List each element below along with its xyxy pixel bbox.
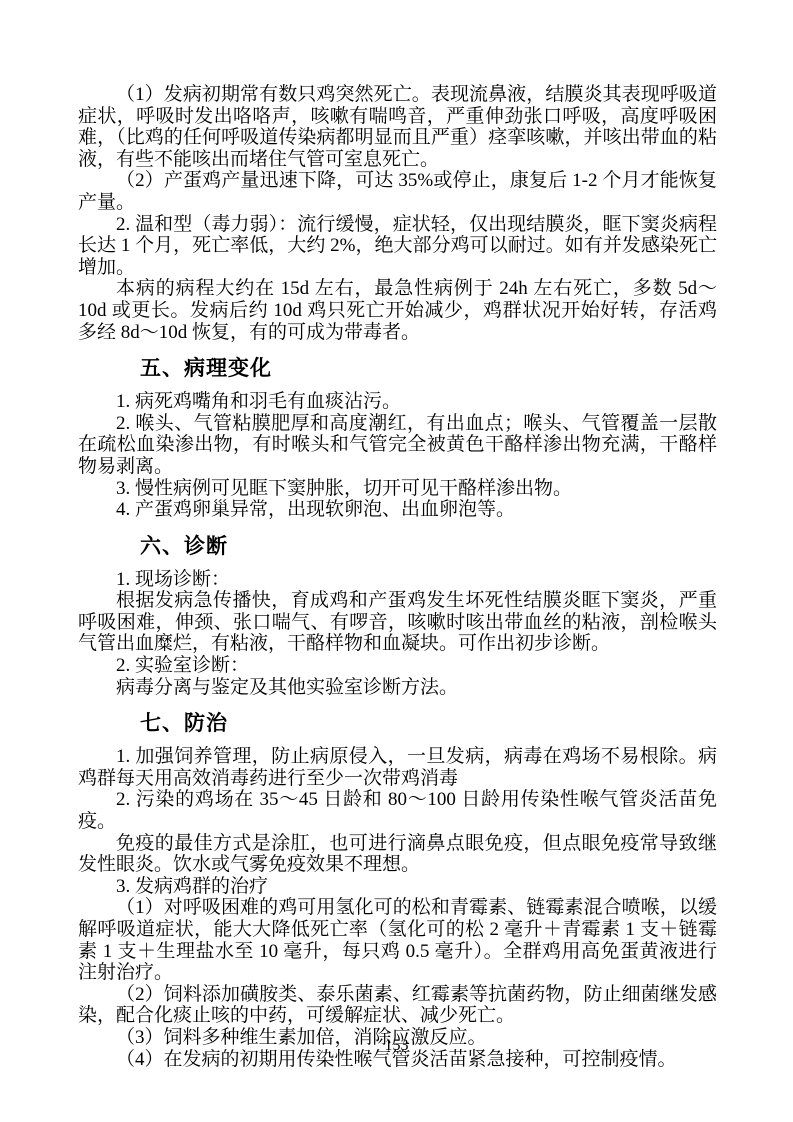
- section-heading-prevention: 七、防治: [140, 711, 717, 736]
- paragraph: （1）发病初期常有数只鸡突然死亡。表现流鼻液，结膜炎其表现呼吸道症状，呼吸时发出…: [78, 84, 717, 170]
- paragraph: 1. 加强饲养管理，防止病原侵入，一旦发病，病毒在鸡场不易根除。病鸡群每天用高效…: [78, 746, 717, 789]
- paragraph: 3. 发病鸡群的治疗: [78, 876, 717, 898]
- paragraph: 2. 温和型（毒力弱）：流行缓慢，症状轻，仅出现结膜炎，眶下窦炎病程长达 1 个…: [78, 214, 717, 279]
- paragraph: 2. 污染的鸡场在 35～45 日龄和 80～100 日龄用传染性喉气管炎活苗免…: [78, 789, 717, 832]
- paragraph: 1. 病死鸡嘴角和羽毛有血痰沾污。: [78, 391, 717, 413]
- section-heading-diagnosis: 六、诊断: [140, 534, 717, 559]
- page-number: 153: [0, 1037, 793, 1055]
- paragraph: 2. 实验室诊断：: [78, 655, 717, 677]
- document-body: （1）发病初期常有数只鸡突然死亡。表现流鼻液，结膜炎其表现呼吸道症状，呼吸时发出…: [78, 84, 717, 1070]
- section-heading-pathology: 五、病理变化: [140, 356, 717, 381]
- paragraph: 4. 产蛋鸡卵巢异常，出现软卵泡、出血卵泡等。: [78, 499, 717, 521]
- document-page: （1）发病初期常有数只鸡突然死亡。表现流鼻液，结膜炎其表现呼吸道症状，呼吸时发出…: [0, 0, 793, 1122]
- paragraph: 1. 现场诊断：: [78, 569, 717, 591]
- paragraph: 2. 喉头、气管粘膜肥厚和高度潮红，有出血点；喉头、气管覆盖一层散在疏松血染渗出…: [78, 413, 717, 478]
- paragraph: 免疫的最佳方式是涂肛，也可进行滴鼻点眼免疫，但点眼免疫常导致继发性眼炎。饮水或气…: [78, 833, 717, 876]
- paragraph: （2）产蛋鸡产量迅速下降，可达 35%或停止，康复后 1-2 个月才能恢复产量。: [78, 170, 717, 213]
- paragraph: 3. 慢性病例可见眶下窦肿胀，切开可见干酪样渗出物。: [78, 478, 717, 500]
- paragraph: （2）饲料添加磺胺类、泰乐菌素、红霉素等抗菌药物，防止细菌继发感染，配合化痰止咳…: [78, 984, 717, 1027]
- paragraph: 本病的病程大约在 15d 左右，最急性病例于 24h 左右死亡，多数 5d～10…: [78, 278, 717, 343]
- paragraph: （1）对呼吸困难的鸡可用氢化可的松和青霉素、链霉素混合喷喉，以缓解呼吸道症状，能…: [78, 897, 717, 983]
- paragraph: 根据发病急传播快，育成鸡和产蛋鸡发生坏死性结膜炎眶下窦炎，严重呼吸困难，伸颈、张…: [78, 590, 717, 655]
- paragraph: 病毒分离与鉴定及其他实验室诊断方法。: [78, 677, 717, 699]
